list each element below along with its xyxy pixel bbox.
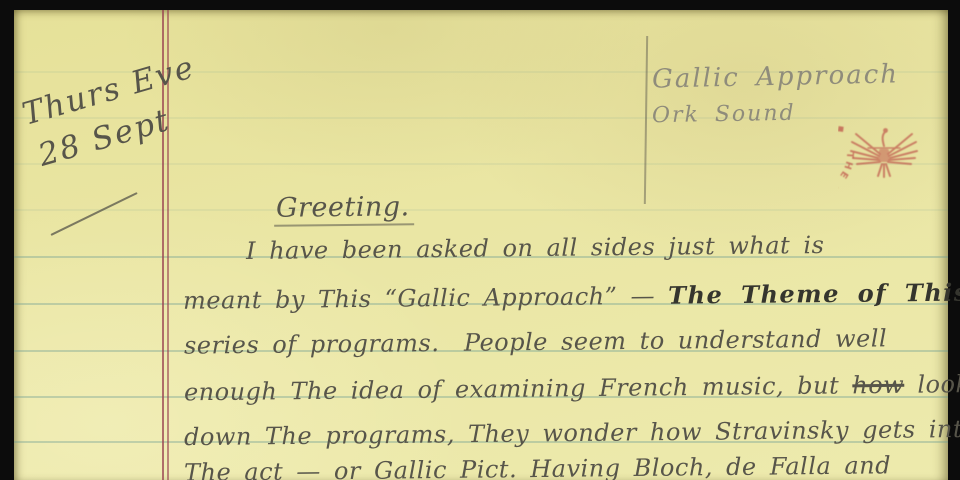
body-line-3-text: series of programs. People seem to under… xyxy=(184,324,887,359)
body-line-1-text: I have been asked on all sides just what… xyxy=(246,231,825,265)
library-seal-stamp: THE LIBRARY OF CONGRESS ◆ xyxy=(838,106,930,198)
body-line-1: I have been asked on all sides just what… xyxy=(246,231,825,265)
ruled-line xyxy=(14,163,948,165)
body-line-6-text: The act — or Gallic Pict. Having Bloch, … xyxy=(184,451,891,480)
corner-date-note: Thurs Eve 28 Sept xyxy=(18,49,211,175)
scanned-letter-page: { "letter": { "corner_date": { "line1": … xyxy=(0,0,960,480)
ruled-line xyxy=(14,209,948,211)
body-line-4-tail: looking xyxy=(904,370,960,399)
annotation-margin-stroke xyxy=(644,36,648,204)
svg-text:THE LIBRARY OF CONGRESS ◆: THE LIBRARY OF CONGRESS ◆ xyxy=(838,109,855,198)
body-line-4: enough The idea of examining French musi… xyxy=(184,370,960,407)
body-line-6: The act — or Gallic Pict. Having Bloch, … xyxy=(184,451,891,480)
body-line-5-text: down The programs, They wonder how Strav… xyxy=(184,415,960,451)
annotation-title: Gallic Approach xyxy=(652,59,900,94)
body-line-2-pencil: meant by This “Gallic Approach” — xyxy=(183,282,668,315)
body-line-3: series of programs. People seem to under… xyxy=(184,324,887,359)
salutation: Greeting. xyxy=(274,191,414,226)
body-line-2: meant by This “Gallic Approach” — The Th… xyxy=(183,276,960,315)
paper-sheet: Thurs Eve 28 Sept Gallic Approach Ork So… xyxy=(14,10,948,480)
stamp-ring-text: THE LIBRARY OF CONGRESS ◆ xyxy=(838,109,855,198)
annotation-subtitle: Ork Sound xyxy=(652,101,796,129)
date-underline-stroke xyxy=(50,192,137,236)
body-line-5: down The programs, They wonder how Strav… xyxy=(184,415,960,451)
eagle-emblem-icon xyxy=(851,128,917,177)
body-line-4-struck-word: how xyxy=(852,371,904,400)
body-line-4-text: enough The idea of examining French musi… xyxy=(184,371,853,406)
body-line-2-ink: The Theme of This current xyxy=(668,276,960,310)
